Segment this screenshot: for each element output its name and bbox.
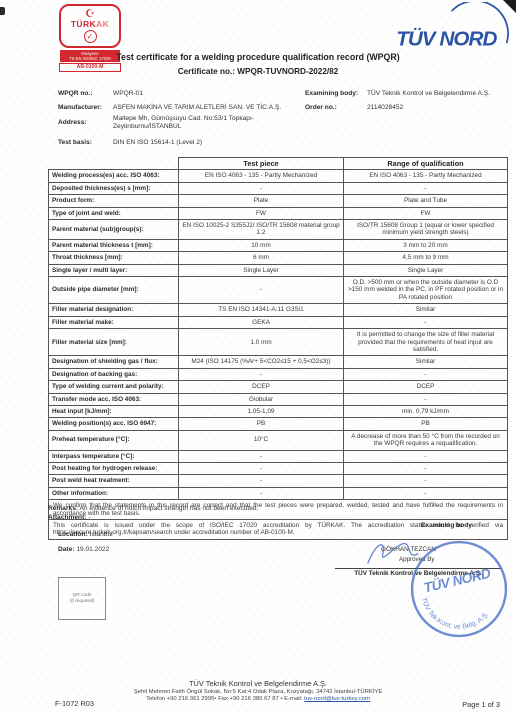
- wpqr-no-value: WPQR-01: [113, 90, 143, 98]
- address-value: Maltepe Mh, Gümüşsuyu Cad. No:53/1 Topka…: [113, 115, 265, 130]
- date-line: Date: 19.01.2022: [58, 546, 109, 554]
- qualification-range-value: A decrease of more than 50 °C from the r…: [344, 430, 508, 450]
- row-label: Outside pipe diameter [mm]:: [49, 277, 179, 304]
- spec-row: Deposited thickness(es) s [mm]:--: [49, 182, 508, 194]
- test-piece-value: TS EN ISO 14341-A:11 G3Si1: [179, 304, 344, 316]
- footer-phone-text: Telefon +90 216 361 2995• Fax +90 216 38…: [146, 696, 304, 702]
- test-piece-value: -: [179, 182, 344, 194]
- manufacturer-label: Manufacturer:: [58, 104, 102, 112]
- spec-row: Preheat temperature [°C]:10°CA decrease …: [49, 430, 508, 450]
- qualification-range-value: Similar: [344, 304, 508, 316]
- examining-body-heading: Examining body: [421, 522, 472, 530]
- test-piece-value: -: [179, 450, 344, 462]
- row-label: Type of joint and weld:: [49, 207, 179, 219]
- row-label: Parent material (sub)group(s):: [49, 220, 179, 240]
- qualification-range-value: 3 mm to 20 mm: [344, 239, 508, 251]
- spec-row: Other information:--: [49, 487, 508, 499]
- test-piece-value: -: [179, 462, 344, 474]
- attachment-label: Attachment:: [48, 514, 86, 521]
- qualification-range-value: -: [344, 475, 508, 487]
- certificate-page: ☪ TÜRKAK ✓ Muayene TS EN ISO/IEC 17020 A…: [0, 0, 516, 712]
- test-piece-value: -: [179, 475, 344, 487]
- test-piece-value: Globular: [179, 393, 344, 405]
- row-label: Interpass temperature [°C]:: [49, 450, 179, 462]
- spec-row: Welding position(s) acc. ISO 6947:PBPB: [49, 418, 508, 430]
- date-value: 19.01.2022: [76, 546, 109, 553]
- row-label: Preheat temperature [°C]:: [49, 430, 179, 450]
- spec-row: Designation of backing gas:--: [49, 368, 508, 380]
- checkmark-icon: ✓: [84, 30, 97, 43]
- location-value: İstanbul: [90, 531, 113, 538]
- test-piece-value: -: [179, 487, 344, 499]
- date-label: Date:: [58, 546, 75, 553]
- test-piece-value: EN ISO 10025-2 S355J2/ ISO/TR 15608 mate…: [179, 220, 344, 240]
- attachment-line: Attachment: -: [48, 514, 91, 522]
- test-piece-value: 10°C: [179, 430, 344, 450]
- remarks-line: Remarks: An evidence of notch impact str…: [48, 505, 258, 513]
- row-label: Post weld heat treatment:: [49, 475, 179, 487]
- spec-row: Filler material designation:TS EN ISO 14…: [49, 304, 508, 316]
- qualification-range-value: ISO/TR 15608 Group 1 (equal or lower spe…: [344, 220, 508, 240]
- row-label: Heat input [kJ/mm]:: [49, 405, 179, 417]
- qualification-range-value: -: [344, 462, 508, 474]
- qualification-table: Test piece Range of qualification Weldin…: [48, 157, 508, 540]
- order-no-value: 2114028452: [367, 104, 403, 112]
- qualification-range-value: Similar: [344, 356, 508, 368]
- spec-row: Designation of shielding gas / flux:M24 …: [49, 356, 508, 368]
- turkak-wordmark-light: AK: [96, 19, 109, 29]
- spec-row: Interpass temperature [°C]:--: [49, 450, 508, 462]
- table-body: Welding process(es) acc. ISO 4063:EN ISO…: [49, 170, 508, 500]
- wpqr-no-label: WPQR no.:: [58, 90, 92, 98]
- column-header-range: Range of qualification: [344, 158, 508, 170]
- row-label: Single layer / multi layer:: [49, 264, 179, 276]
- test-piece-value: DCEP: [179, 381, 344, 393]
- tuv-nord-logo: TÜV NORD: [394, 2, 512, 52]
- row-label: Welding process(es) acc. ISO 4063:: [49, 170, 179, 182]
- spec-row: Type of joint and weld:FWFW: [49, 207, 508, 219]
- test-basis-value: DIN EN ISO 15614-1 (Level 2): [113, 139, 202, 147]
- spec-row: Type of welding current and polarity:DCE…: [49, 381, 508, 393]
- qualification-range-value: Plate and Tube: [344, 195, 508, 207]
- remarks-value: An evidence of notch impact strength has…: [80, 505, 259, 512]
- qualification-range-value: FW: [344, 207, 508, 219]
- remarks-label: Remarks:: [48, 505, 78, 512]
- footer-email-link[interactable]: tuv-nord@tuv-turkey.com: [304, 696, 370, 702]
- page-number: Page 1 of 3: [462, 700, 500, 709]
- certificate-number: Certificate no.: WPQR-TUVNORD-2022/82: [0, 67, 516, 76]
- test-piece-value: Plate: [179, 195, 344, 207]
- spec-row: Filler material make:GEKA-: [49, 316, 508, 328]
- test-piece-value: EN ISO 4063 - 135 - Partly Mechanized: [179, 170, 344, 182]
- spec-row: Throat thickness [mm]:6 mm4,5 mm to 9 mm: [49, 252, 508, 264]
- spec-row: Single layer / multi layer:Single LayerS…: [49, 264, 508, 276]
- test-piece-value: PB: [179, 418, 344, 430]
- test-piece-value: 1.0 mm: [179, 329, 344, 356]
- form-number: F-1072 R03: [55, 699, 94, 708]
- qualification-range-value: -: [344, 368, 508, 380]
- table-corner-cell: [49, 158, 179, 170]
- order-no-label: Order no.:: [305, 104, 337, 112]
- spec-row: Product form:PlatePlate and Tube: [49, 195, 508, 207]
- table-header-row: Test piece Range of qualification: [49, 158, 508, 170]
- footer-address: Şehit Mehmet Fatih Öngül Sokak, No:5 Kat…: [0, 689, 516, 695]
- row-label: Filler material make:: [49, 316, 179, 328]
- examining-body-value: TÜV Teknik Kontrol ve Belgelendirme A.Ş.: [367, 90, 490, 98]
- qualification-range-value: -: [344, 182, 508, 194]
- examining-body-label: Examining body:: [305, 90, 358, 98]
- qualification-range-value: -: [344, 393, 508, 405]
- address-label: Address:: [58, 119, 87, 127]
- qr-label-line2: (if required): [70, 599, 95, 605]
- test-piece-value: -: [179, 368, 344, 380]
- turkak-logo-box: ☪ TÜRKAK ✓: [59, 4, 121, 48]
- row-label: Other information:: [49, 487, 179, 499]
- spec-row: Parent material (sub)group(s):EN ISO 100…: [49, 220, 508, 240]
- column-header-test-piece: Test piece: [179, 158, 344, 170]
- footer-company: TÜV Teknik Kontrol ve Belgelendirme A.Ş.: [0, 679, 516, 688]
- qr-code-placeholder: QR code (if required): [58, 577, 106, 620]
- qualification-range-value: -: [344, 450, 508, 462]
- qualification-range-value: PB: [344, 418, 508, 430]
- attachment-value: -: [88, 514, 90, 521]
- qualification-range-value: 4,5 mm to 9 mm: [344, 252, 508, 264]
- test-piece-value: M24 (ISO 14175 (%Ar+ 5<CO2≤15 + 0,5<O2≤3…: [179, 356, 344, 368]
- row-label: Welding position(s) acc. ISO 6947:: [49, 418, 179, 430]
- qualification-range-value: min. 0,79 kJ/mm: [344, 405, 508, 417]
- qualification-range-value: -: [344, 487, 508, 499]
- row-label: Throat thickness [mm]:: [49, 252, 179, 264]
- spec-row: Filler material size [mm]:1.0 mmIt is pe…: [49, 329, 508, 356]
- qualification-range-value: EN ISO 4063 - 135 - Partly Mechanized: [344, 170, 508, 182]
- test-piece-value: FW: [179, 207, 344, 219]
- tuv-nord-stamp: TÜV NORD TÜV Tek.Kont. ve Belg. A.Ş.: [408, 538, 510, 640]
- row-label: Transfer mode acc. ISO 4063:: [49, 393, 179, 405]
- test-piece-value: GEKA: [179, 316, 344, 328]
- row-label: Designation of shielding gas / flux:: [49, 356, 179, 368]
- spec-row: Post weld heat treatment:--: [49, 475, 508, 487]
- document-title: Test certificate for a welding procedure…: [0, 52, 516, 62]
- test-piece-value: 10 mm: [179, 239, 344, 251]
- stamp-wordmark: TÜV NORD: [422, 565, 492, 596]
- test-piece-value: 1,05-1,09: [179, 405, 344, 417]
- spec-row: Outside pipe diameter [mm]:-O.D. >500 mm…: [49, 277, 508, 304]
- row-label: Filler material designation:: [49, 304, 179, 316]
- row-label: Parent material thickness t [mm]:: [49, 239, 179, 251]
- row-label: Filler material size [mm]:: [49, 329, 179, 356]
- qualification-range-value: O.D. >500 mm or when the outside diamete…: [344, 277, 508, 304]
- spec-row: Welding process(es) acc. ISO 4063:EN ISO…: [49, 170, 508, 182]
- qualification-range-value: -: [344, 316, 508, 328]
- tuv-nord-wordmark: TÜV NORD: [396, 27, 497, 50]
- test-piece-value: 6 mm: [179, 252, 344, 264]
- spec-row: Transfer mode acc. ISO 4063:Globular-: [49, 393, 508, 405]
- row-label: Deposited thickness(es) s [mm]:: [49, 182, 179, 194]
- location-label: Location:: [58, 531, 88, 538]
- row-label: Post heating for hydrogen release:: [49, 462, 179, 474]
- test-piece-value: Single Layer: [179, 264, 344, 276]
- scan-edge-artifact: [0, 7, 5, 15]
- spec-row: Post heating for hydrogen release:--: [49, 462, 508, 474]
- qualification-range-value: DCEP: [344, 381, 508, 393]
- row-label: Type of welding current and polarity:: [49, 381, 179, 393]
- test-basis-label: Test basis:: [58, 139, 92, 147]
- location-line: Location: İstanbul: [58, 531, 113, 539]
- manufacturer-value: ASFEN MAKİNA VE TARIM ALETLERİ SAN. VE T…: [113, 104, 281, 112]
- turkak-wordmark: TÜRKAK: [71, 20, 109, 29]
- spec-row: Heat input [kJ/mm]:1,05-1,09min. 0,79 kJ…: [49, 405, 508, 417]
- qualification-range-value: It is permitted to change the size of fi…: [344, 329, 508, 356]
- spec-row: Parent material thickness t [mm]:10 mm3 …: [49, 239, 508, 251]
- row-label: Designation of backing gas:: [49, 368, 179, 380]
- qualification-range-value: Single Layer: [344, 264, 508, 276]
- test-piece-value: -: [179, 277, 344, 304]
- turkak-wordmark-bold: TÜRK: [71, 19, 96, 29]
- row-label: Product form:: [49, 195, 179, 207]
